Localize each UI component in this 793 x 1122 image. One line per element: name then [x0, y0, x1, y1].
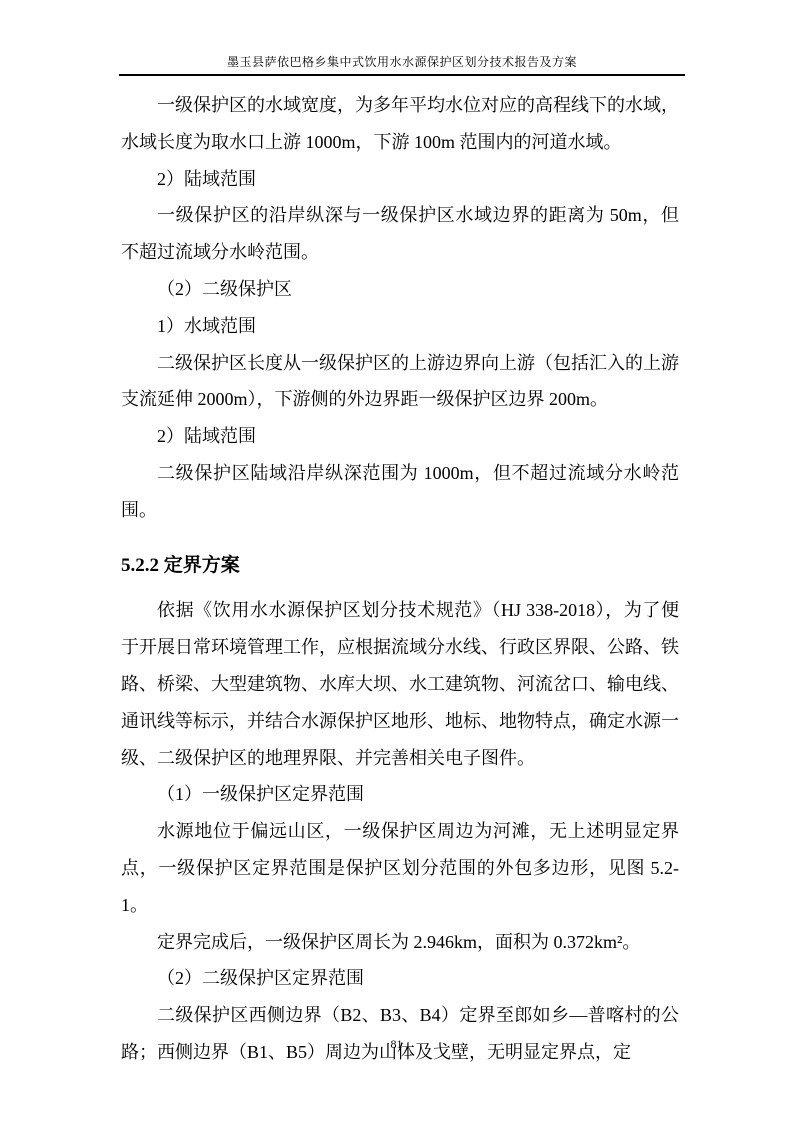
page-footer: 81 [0, 1036, 793, 1052]
section-heading: 5.2.2 定界方案 [121, 548, 679, 585]
paragraph: 1）水域范围 [121, 308, 679, 345]
paragraph: 定界完成后，一级保护区周长为 2.946km，面积为 0.372km²。 [121, 924, 679, 961]
paragraph: 二级保护区西侧边界（B2、B3、B4）定界至郎如乡—普喀村的公路；西侧边界（B1… [121, 997, 679, 1071]
header-title: 墨玉县萨依巴格乡集中式饮用水水源保护区划分技术报告及方案 [227, 55, 577, 69]
paragraph: 2）陆域范围 [121, 418, 679, 455]
paragraph: 二级保护区陆域沿岸纵深范围为 1000m，但不超过流域分水岭范围。 [121, 455, 679, 529]
paragraph: 一级保护区的沿岸纵深与一级保护区水域边界的距离为 50m，但不超过流域分水岭范围… [121, 197, 679, 271]
document-body: 一级保护区的水域宽度，为多年平均水位对应的高程线下的水域，水域长度为取水口上游 … [121, 87, 679, 1071]
paragraph: （1）一级保护区定界范围 [121, 776, 679, 813]
paragraph: 一级保护区的水域宽度，为多年平均水位对应的高程线下的水域，水域长度为取水口上游 … [121, 87, 679, 161]
page-header: 墨玉县萨依巴格乡集中式饮用水水源保护区划分技术报告及方案 [119, 54, 685, 76]
paragraph: （2）二级保护区定界范围 [121, 960, 679, 997]
document-page: 墨玉县萨依巴格乡集中式饮用水水源保护区划分技术报告及方案 一级保护区的水域宽度，… [0, 0, 793, 1122]
paragraph: 依据《饮用水水源保护区划分技术规范》（HJ 338-2018），为了便于开展日常… [121, 592, 679, 776]
paragraph: 水源地位于偏远山区，一级保护区周边为河滩，无上述明显定界点，一级保护区定界范围是… [121, 813, 679, 923]
paragraph: 2）陆域范围 [121, 161, 679, 198]
paragraph: 二级保护区长度从一级保护区的上游边界向上游（包括汇入的上游支流延伸 2000m）… [121, 345, 679, 419]
page-number: 81 [391, 1037, 403, 1051]
paragraph: （2）二级保护区 [121, 271, 679, 308]
